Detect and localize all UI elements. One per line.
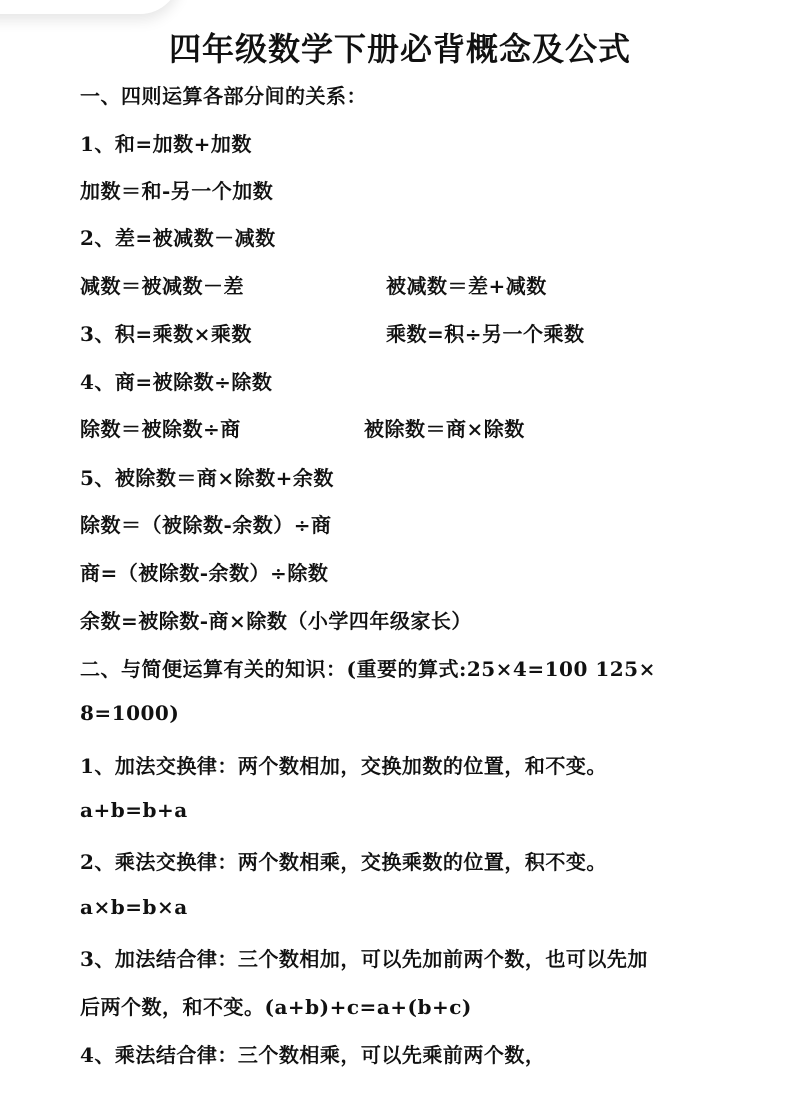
text-line: 减数＝被减数－差被减数＝差+减数 [80,270,244,299]
line-text-right-column: 乘数=积÷另一个乘数 [386,318,585,347]
text-line: 余数=被除数-商×除数（小学四年级家长） [80,605,472,634]
text-line: 除数＝（被除数-余数）÷商 [80,509,332,538]
line-text: 余数=被除数-商×除数（小学四年级家长） [80,609,472,633]
line-text: 2、乘法交换律：两个数相乘，交换乘数的位置，积不变。 [80,850,607,874]
line-text: 除数＝被除数÷商 [80,417,241,441]
text-line: 4、乘法结合律：三个数相乘，可以先乘前两个数， [80,1039,545,1068]
line-text: 除数＝（被除数-余数）÷商 [80,513,332,537]
line-text-right-column: 被除数＝商×除数 [364,413,525,442]
line-text: 3、加法结合律：三个数相加，可以先加前两个数，也可以先加 [80,947,648,971]
text-line: a+b=b+a [80,798,188,822]
text-line: 加数＝和-另一个加数 [80,175,273,204]
text-line: 2、差=被减数－减数 [80,222,276,251]
page-title: 四年级数学下册必背概念及公式 [0,24,800,70]
line-text: 4、商=被除数÷除数 [80,370,272,394]
line-text: a+b=b+a [80,798,188,822]
line-text: 加数＝和-另一个加数 [80,179,273,203]
text-line: 5、被除数＝商×除数+余数 [80,462,334,491]
line-text: 5、被除数＝商×除数+余数 [80,466,334,490]
line-text-right-column: 被减数＝差+减数 [386,270,547,299]
text-line: 一、四则运算各部分间的关系： [80,80,367,109]
text-line: a×b=b×a [80,895,188,919]
text-line: 2、乘法交换律：两个数相乘，交换乘数的位置，积不变。 [80,846,607,875]
text-line: 除数＝被除数÷商被除数＝商×除数 [80,413,241,442]
text-line: 商=（被除数-余数）÷除数 [80,557,328,586]
line-text: 一、四则运算各部分间的关系： [80,84,367,108]
line-text: 4、乘法结合律：三个数相乘，可以先乘前两个数， [80,1043,545,1067]
text-line: 3、积=乘数×乘数乘数=积÷另一个乘数 [80,318,252,347]
text-line: 3、加法结合律：三个数相加，可以先加前两个数，也可以先加 [80,943,648,972]
line-text: 1、和=加数+加数 [80,132,252,156]
text-line: 8=1000) [80,701,179,725]
text-line: 后两个数，和不变。(a+b)+c=a+(b+c) [80,991,472,1020]
line-text: 8=1000) [80,701,179,725]
line-text: 后两个数，和不变。(a+b)+c=a+(b+c) [80,995,472,1019]
line-text: 3、积=乘数×乘数 [80,322,252,346]
text-line: 1、和=加数+加数 [80,128,252,157]
line-text: 2、差=被减数－减数 [80,226,276,250]
text-line: 1、加法交换律：两个数相加，交换加数的位置，和不变。 [80,750,607,779]
line-text: a×b=b×a [80,895,188,919]
line-text: 1、加法交换律：两个数相加，交换加数的位置，和不变。 [80,754,607,778]
line-text: 二、与简便运算有关的知识：(重要的算式:25×4=100 125× [80,657,656,681]
line-text: 商=（被除数-余数）÷除数 [80,561,328,585]
text-line: 4、商=被除数÷除数 [80,366,272,395]
corner-shadow [0,0,180,14]
line-text: 减数＝被减数－差 [80,274,244,298]
text-line: 二、与简便运算有关的知识：(重要的算式:25×4=100 125× [80,653,656,682]
